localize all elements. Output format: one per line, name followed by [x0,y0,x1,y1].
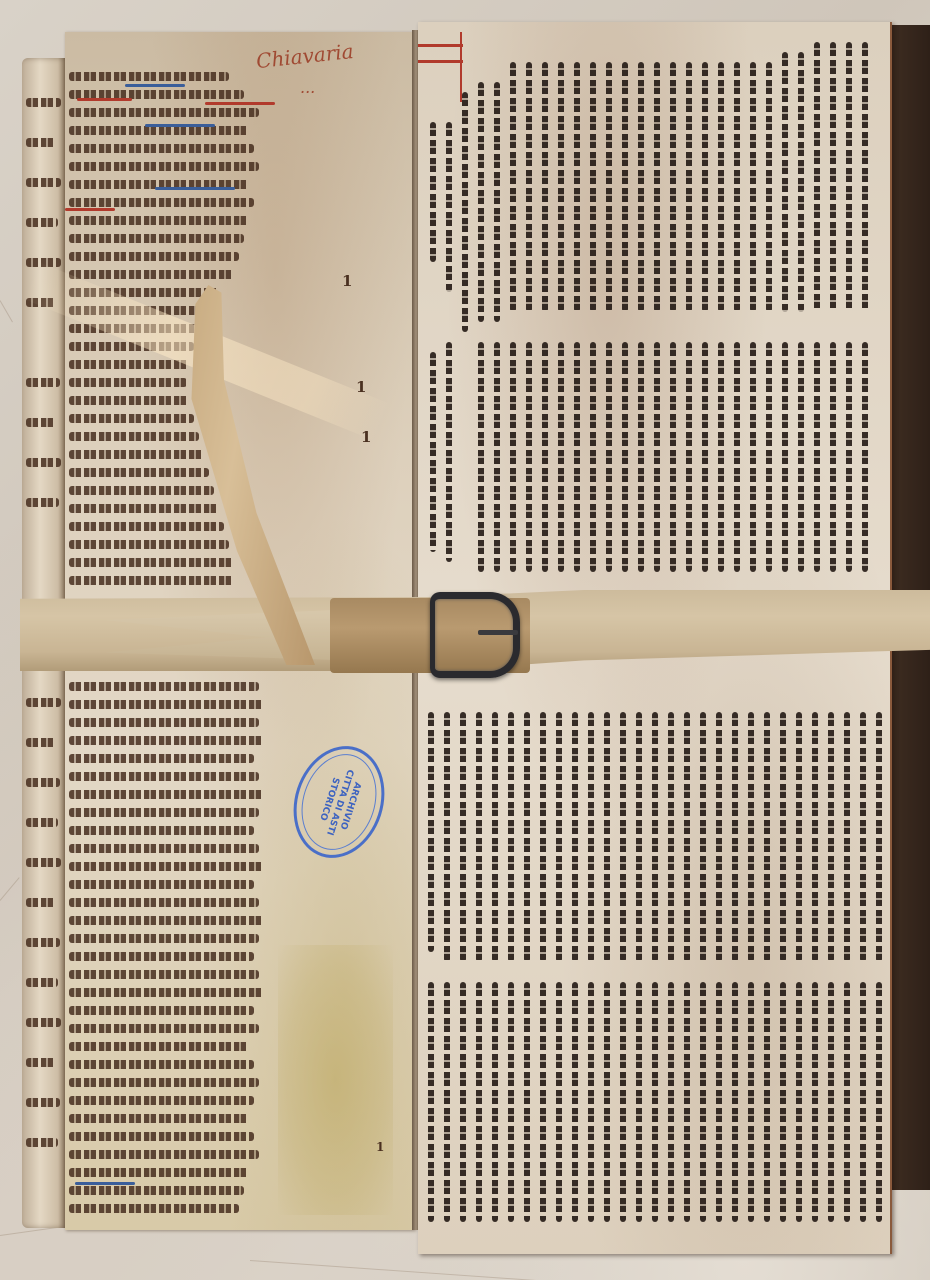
marble-vein [0,877,20,901]
folio-mark: 1 [376,1140,384,1154]
red-rubric-line [77,98,132,101]
folio-mark: 1 [356,378,366,396]
marble-vein [250,1260,599,1280]
handwritten-subnote: ... [300,78,315,97]
red-ruling [460,32,462,102]
red-rubric-line [65,208,115,211]
red-ruling [418,60,463,63]
red-rubric-line [205,102,275,105]
blue-rubric-line [75,1182,135,1185]
buckle-pin [478,630,518,635]
blue-rubric-line [125,84,185,87]
folio-mark: 1 [361,428,371,446]
iron-buckle-icon [430,592,520,678]
folio-mark: 1 [342,272,352,290]
blue-rubric-line [145,124,215,127]
parchment-stain [278,945,393,1215]
marble-vein [0,300,13,322]
red-ruling [418,44,463,47]
blue-rubric-line [155,187,235,190]
